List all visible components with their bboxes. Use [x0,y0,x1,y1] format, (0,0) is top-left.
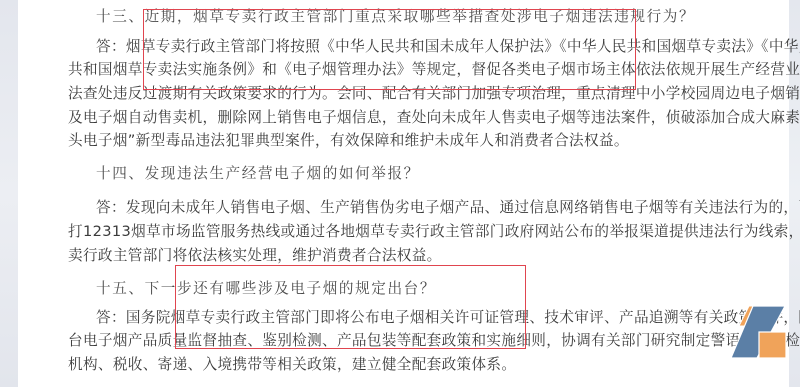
page-background-left [0,0,18,387]
answer-14-line-3: 卖行政主管部门将依法核实处理，维护消费者合法权益。 [68,246,442,266]
question-13: 十三、近期，烟草专卖行政主管部门重点采取哪些举措查处涉电子烟违法违规行为？ [96,7,695,27]
answer-14-line-1: 答：发现向未成年人销售电子烟、生产销售伪劣电子烟产品、通过信息网络销售电子烟等有… [96,198,800,218]
answer-14-line-2: 打12313烟草市场监管服务热线或通过各地烟草专卖行政主管部门政府网站公布的举报… [68,222,800,242]
answer-13-line-2: 共和国烟草专卖法实施条例》和《电子烟管理办法》等规定，督促各类电子烟市场主体依法… [68,60,800,80]
question-15: 十五、下一步还有哪些涉及电子烟的规定出台？ [96,279,436,299]
page-background-right [789,0,800,387]
answer-13-line-3: 法查处违反过渡期有关政策要求的行为。会同、配合有关部门加强专项治理，重点清理中小… [68,84,800,104]
answer-13-line-5: 头电子烟”新型毒品违法犯罪典型案件，有效保障和维护未成年人和消费者合法权益。 [68,131,629,151]
answer-13-line-4: 及电子烟自动售卖机，删除网上销售电子烟信息，查处向未成年人售卖电子烟等违法案件，… [68,108,800,128]
watermark-logo-icon [727,300,789,362]
question-14: 十四、发现违法生产经营电子烟的如何举报？ [96,164,420,184]
answer-15-line-2: 台电子烟产品质量监督抽查、鉴别检测、产品包装等配套政策和实施细则，协调有关部门研… [68,331,800,351]
answer-13-line-1: 答：烟草专卖行政主管部门将按照《中华人民共和国未成年人保护法》《中华人民共和国烟… [96,37,800,57]
document-page: 十三、近期，烟草专卖行政主管部门重点采取哪些举措查处涉电子烟违法违规行为？ 答：… [18,0,789,387]
answer-15-line-1: 答：国务院烟草专卖行政主管部门即将公布电子烟相关许可证管理、技术审评、产品追溯等… [96,308,800,328]
answer-15-line-3: 机构、税收、寄递、入境携带等相关政策，建立健全配套政策体系。 [68,355,516,375]
